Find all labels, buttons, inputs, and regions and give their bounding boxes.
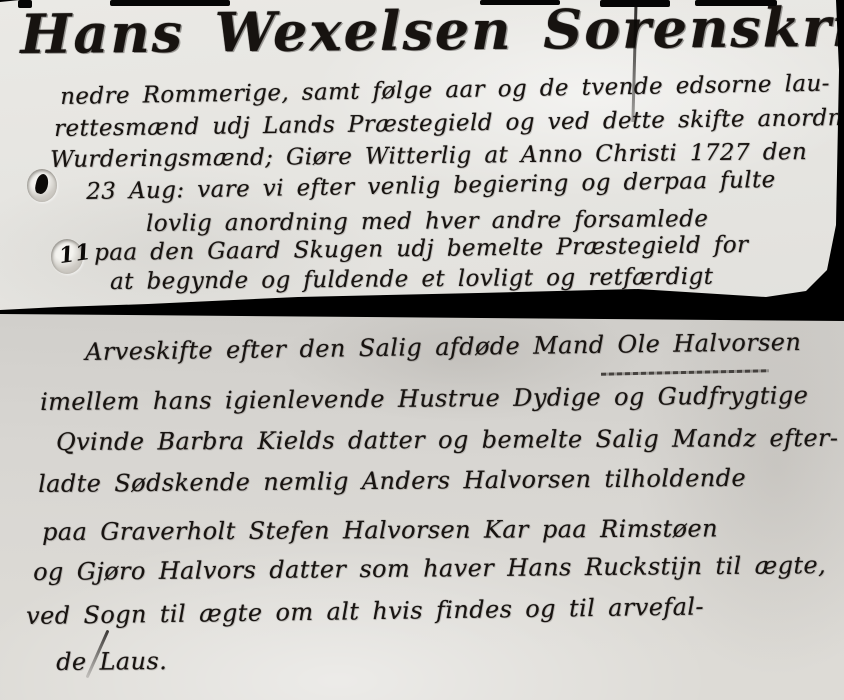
handwritten-line: og Gjøro Halvors datter som haver Hans R…: [33, 551, 826, 586]
margin-mark: 11: [57, 239, 93, 269]
page-fragment-top: Hans Wexelsen Sorenskriver Over nedre Ro…: [0, 0, 841, 312]
handwritten-line: ved Sogn til ægte om alt hvis findes og …: [26, 593, 704, 630]
document-scan: Hans Wexelsen Sorenskriver Over nedre Ro…: [0, 0, 844, 700]
scan-edge-artifact: [110, 0, 230, 6]
handwritten-line: rettesmænd udj Lands Præstegield og ved …: [54, 104, 841, 142]
handwritten-line: Qvinde Barbra Kields datter og bemelte S…: [56, 424, 838, 456]
handwritten-line: 23 Aug: vare vi efter venlig begiering o…: [86, 167, 776, 205]
handwritten-line: paa Graverholt Stefen Halvorsen Kar paa …: [42, 514, 718, 546]
scan-edge-artifact: [600, 0, 670, 7]
binding-hole: [27, 169, 57, 202]
handwritten-line: Arveskifte efter den Salig afdøde Mand O…: [85, 328, 801, 366]
document-title: Hans Wexelsen Sorenskriver Over: [20, 0, 841, 66]
handwritten-line: ladte Sødskende nemlig Anders Halvorsen …: [38, 464, 746, 498]
handwritten-line: nedre Rommerige, samt følge aar og de tv…: [60, 71, 830, 110]
scan-edge-artifact: [695, 0, 777, 6]
handwritten-line: paa den Gaard Skugen udj bemelte Præsteg…: [94, 232, 749, 266]
handwritten-line: lovlig anordning med hver andre forsamle…: [146, 206, 708, 237]
handwritten-line: imellem hans igienlevende Hustrue Dydige…: [40, 381, 808, 416]
scan-edge-artifact: [18, 0, 32, 8]
scan-edge-artifact: [480, 0, 560, 5]
handwritten-line: at begynde og fuldende et lovligt og ret…: [110, 264, 713, 295]
handwritten-line: de Laus.: [56, 647, 167, 676]
